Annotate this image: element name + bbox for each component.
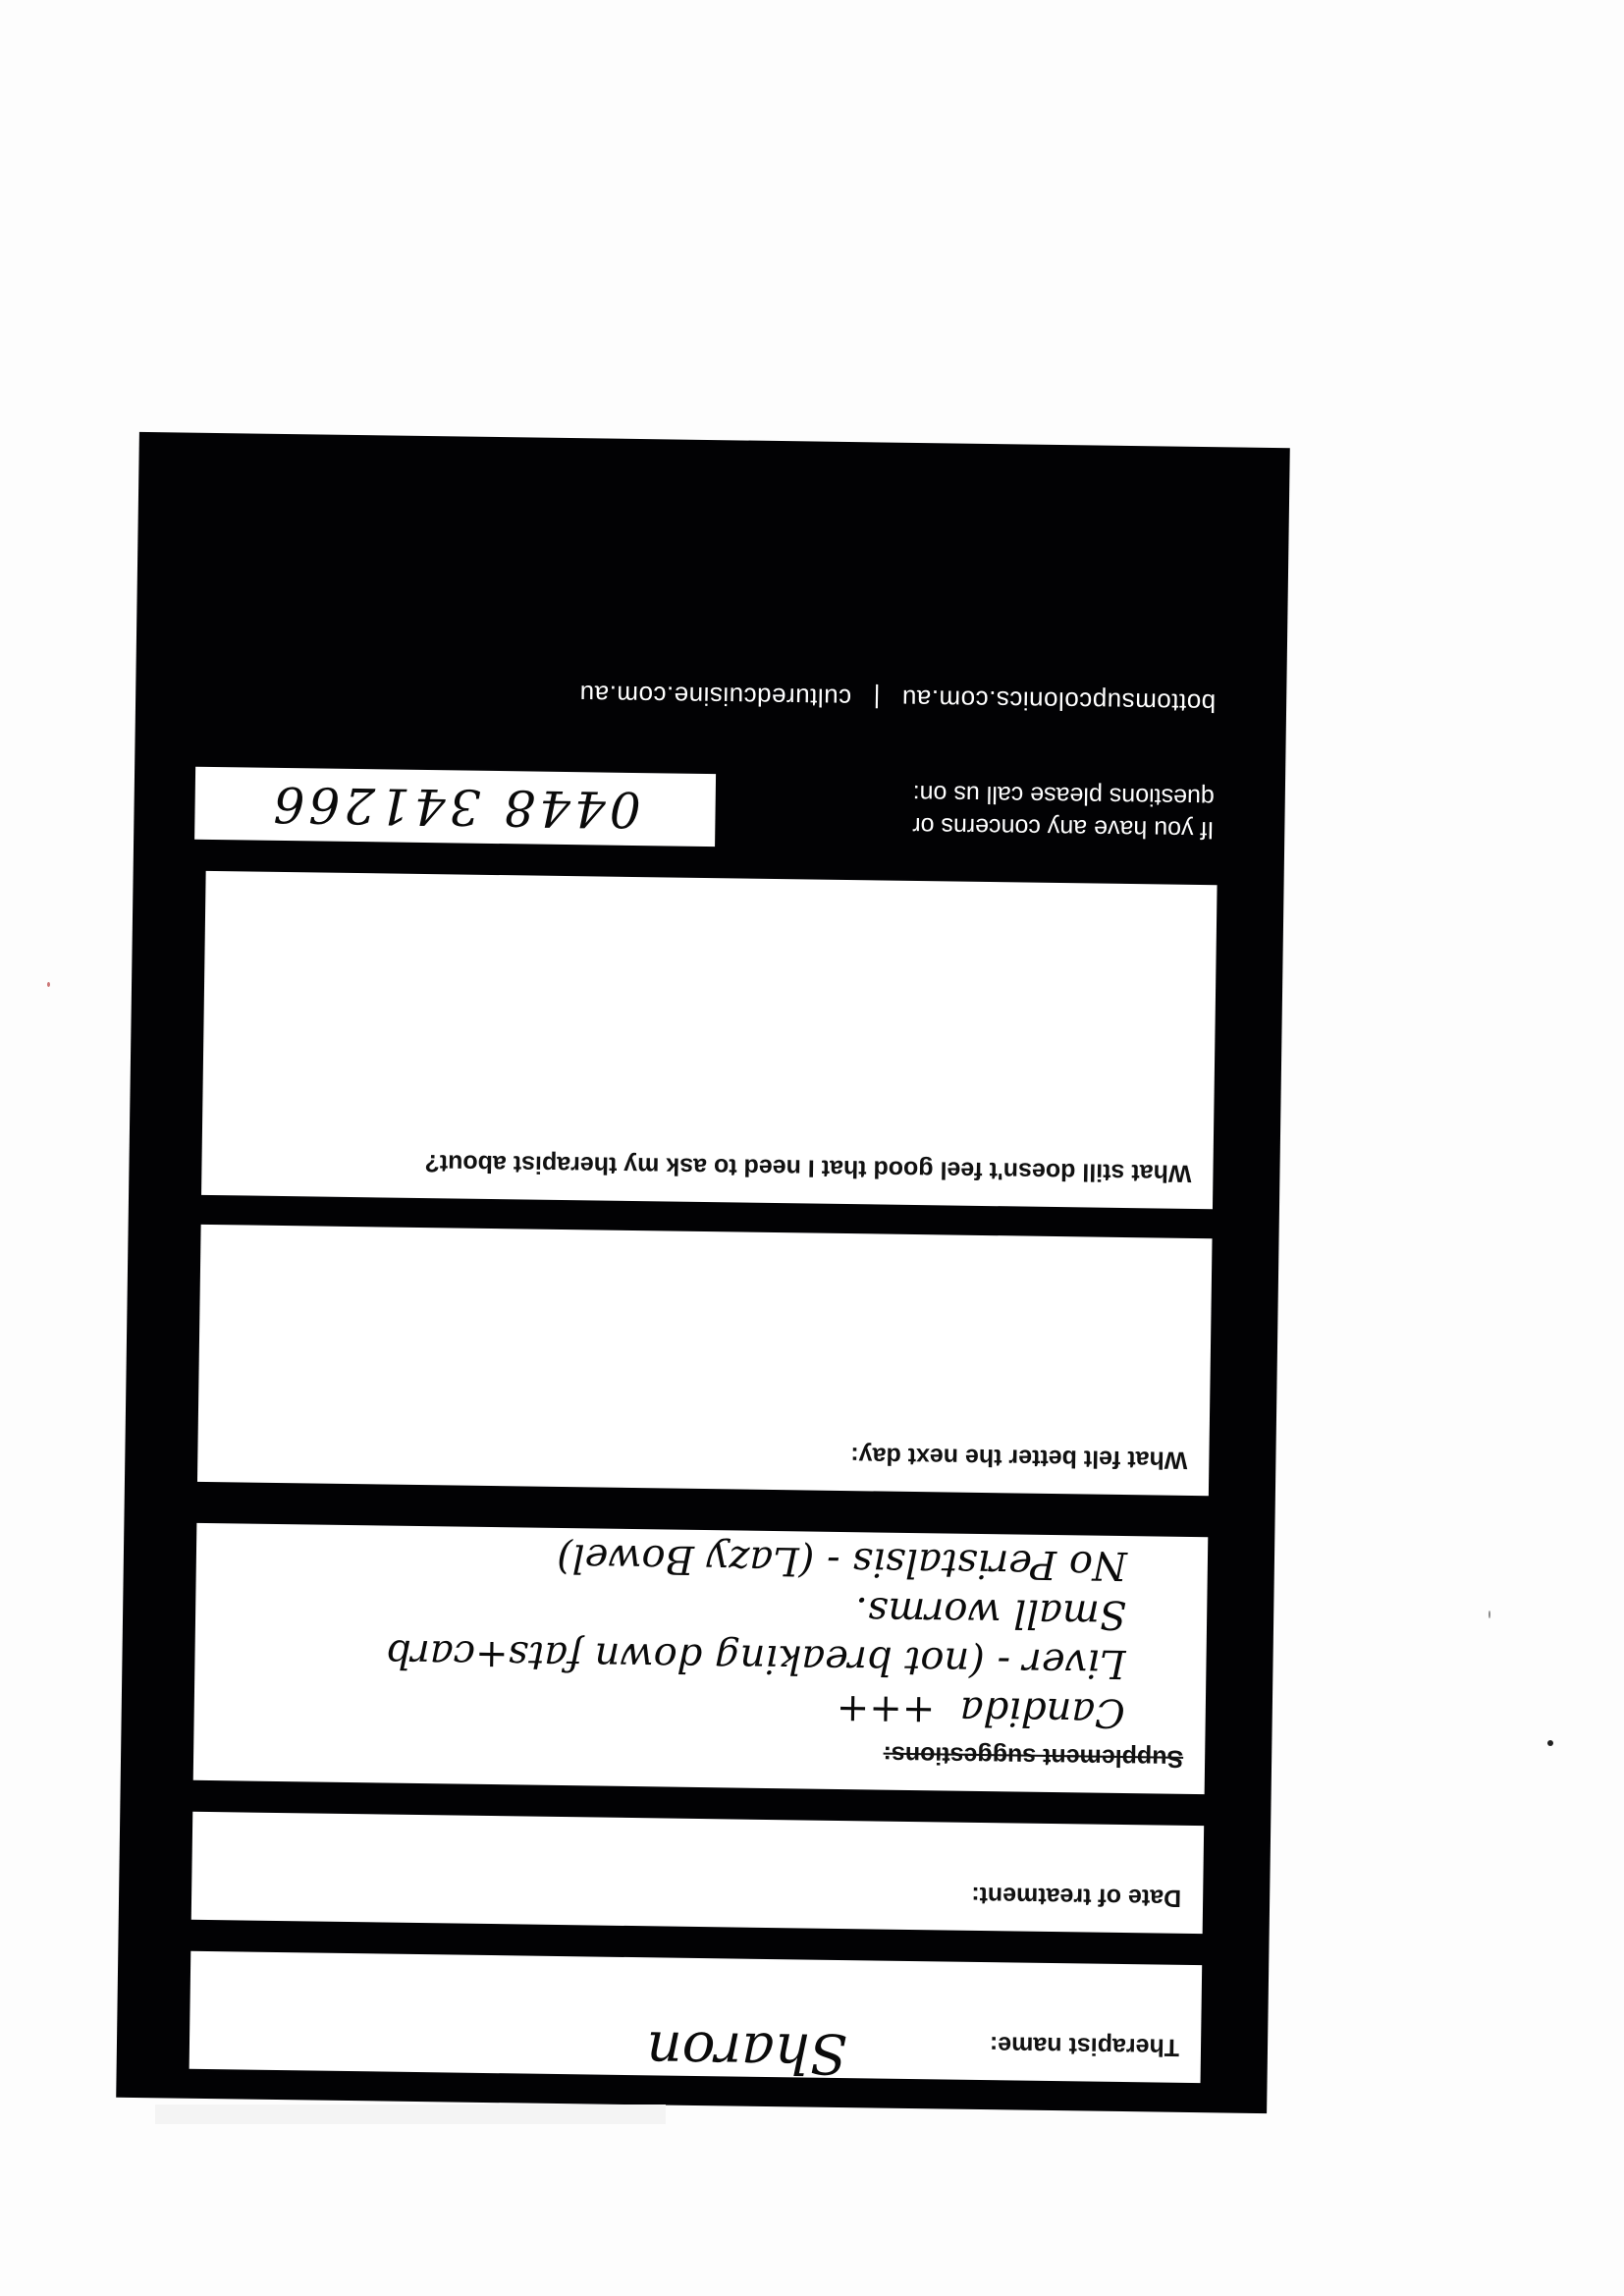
date-of-treatment-field[interactable]: Date of treatment: — [191, 1812, 1204, 1934]
felt-better-label: What felt better the next day: — [219, 1432, 1187, 1474]
contact-line-2: questions please call us on: — [802, 775, 1215, 813]
phone-number: 0448 341266 — [269, 779, 641, 835]
contact-line-1: If you have any concerns or — [801, 807, 1214, 846]
supplement-suggestions-field[interactable]: Supplement suggestions: Candida +++ Live… — [193, 1523, 1209, 1794]
supplement-suggestions-label: Supplement suggestions: — [215, 1730, 1183, 1773]
phone-number-field[interactable]: 0448 341266 — [194, 767, 716, 847]
scan-speck — [1489, 1611, 1490, 1618]
still-not-good-field[interactable]: What still doesn't feel good that I need… — [201, 871, 1218, 1209]
url-culturedcuisine[interactable]: culturedcuisine.com.au — [579, 680, 851, 713]
therapist-name-field[interactable]: Therapist name: Sharon — [189, 1951, 1203, 2083]
felt-better-field[interactable]: What felt better the next day: — [197, 1225, 1213, 1496]
footer-urls: bottomsupcolonics.com.au|culturedcuisine… — [579, 679, 1216, 718]
scan-speck — [1547, 1740, 1553, 1746]
feedback-card: Therapist name: Sharon Date of treatment… — [116, 432, 1290, 2113]
url-separator: | — [873, 683, 881, 713]
still-not-good-label: What still doesn't feel good that I need… — [223, 1145, 1191, 1187]
url-bottomsupcolonics[interactable]: bottomsupcolonics.com.au — [901, 684, 1216, 718]
supplement-notes: Candida +++ Liver - (not breaking down f… — [216, 1528, 1187, 1738]
date-of-treatment-label: Date of treatment: — [213, 1870, 1181, 1912]
scan-speck — [47, 982, 50, 987]
therapist-signature: Sharon — [646, 2024, 847, 2078]
scan-edge-strip — [155, 2105, 666, 2124]
contact-prompt: If you have any concerns or questions pl… — [801, 775, 1215, 846]
